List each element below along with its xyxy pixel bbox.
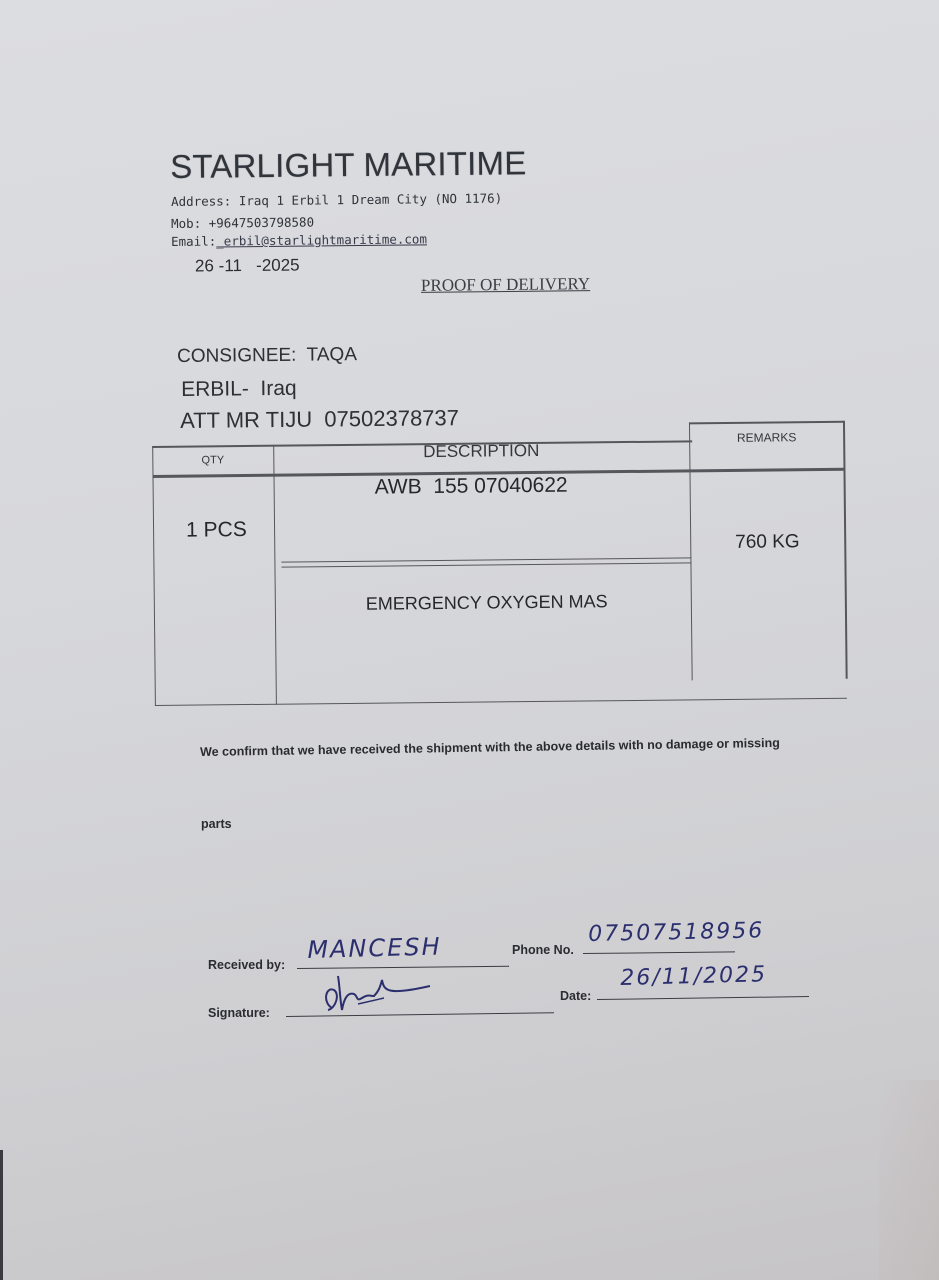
delivery-table: QTY DESCRIPTION REMARKS 1 PCS AWB 155 07… [152, 421, 849, 706]
consignee-location: ERBIL- Iraq [181, 377, 297, 402]
phone-value[interactable]: 07507518956 [588, 918, 764, 947]
table-border-bottom [155, 698, 847, 706]
row-qty: 1 PCS [186, 518, 247, 543]
date-label: Date: [560, 989, 591, 1003]
document-date: 26 -11 -2025 [195, 256, 300, 277]
signature-label: Signature: [208, 1006, 270, 1020]
table-border-right [843, 421, 848, 679]
signature-mark[interactable] [318, 968, 438, 1016]
consignee-name: CONSIGNEE: TAQA [177, 344, 357, 368]
header-description: DESCRIPTION [273, 439, 689, 463]
company-address: Address: Iraq 1 Erbil 1 Dream City (NO 1… [171, 191, 502, 209]
description-divider-b [281, 562, 691, 567]
table-border-left [152, 446, 156, 706]
phone-label: Phone No. [512, 943, 574, 957]
company-mobile: Mob: +9647503798580 [171, 215, 314, 231]
table-border-top-right [689, 421, 844, 425]
email-link[interactable]: _erbil@starlightmaritime.com [216, 231, 427, 248]
signature-scribble-icon [318, 968, 438, 1016]
row-description: EMERGENCY OXYGEN MAS [366, 591, 608, 615]
email-label: Email: [171, 234, 216, 249]
column-divider-qty [273, 445, 277, 705]
phone-line [583, 951, 735, 954]
received-by-value[interactable]: MANCESH [307, 932, 442, 964]
paper-shadow [879, 1080, 939, 1280]
confirmation-text-cont: parts [201, 817, 232, 831]
description-divider-a [281, 557, 691, 562]
received-by-label: Received by: [208, 958, 285, 972]
paper-edge [0, 1150, 3, 1280]
header-remarks: REMARKS [689, 430, 844, 446]
row-awb: AWB 155 07040622 [375, 474, 568, 500]
document-title: PROOF OF DELIVERY [421, 274, 590, 296]
row-remarks: 760 KG [735, 531, 800, 554]
confirmation-text: We confirm that we have received the shi… [200, 736, 780, 759]
date-line [597, 996, 809, 1000]
header-qty: QTY [152, 454, 273, 467]
date-value[interactable]: 26/11/2025 [620, 962, 767, 991]
company-email-line: Email:_erbil@starlightmaritime.com [171, 231, 427, 249]
column-divider-remarks [689, 422, 693, 680]
company-name: STARLIGHT MARITIME [170, 144, 527, 186]
